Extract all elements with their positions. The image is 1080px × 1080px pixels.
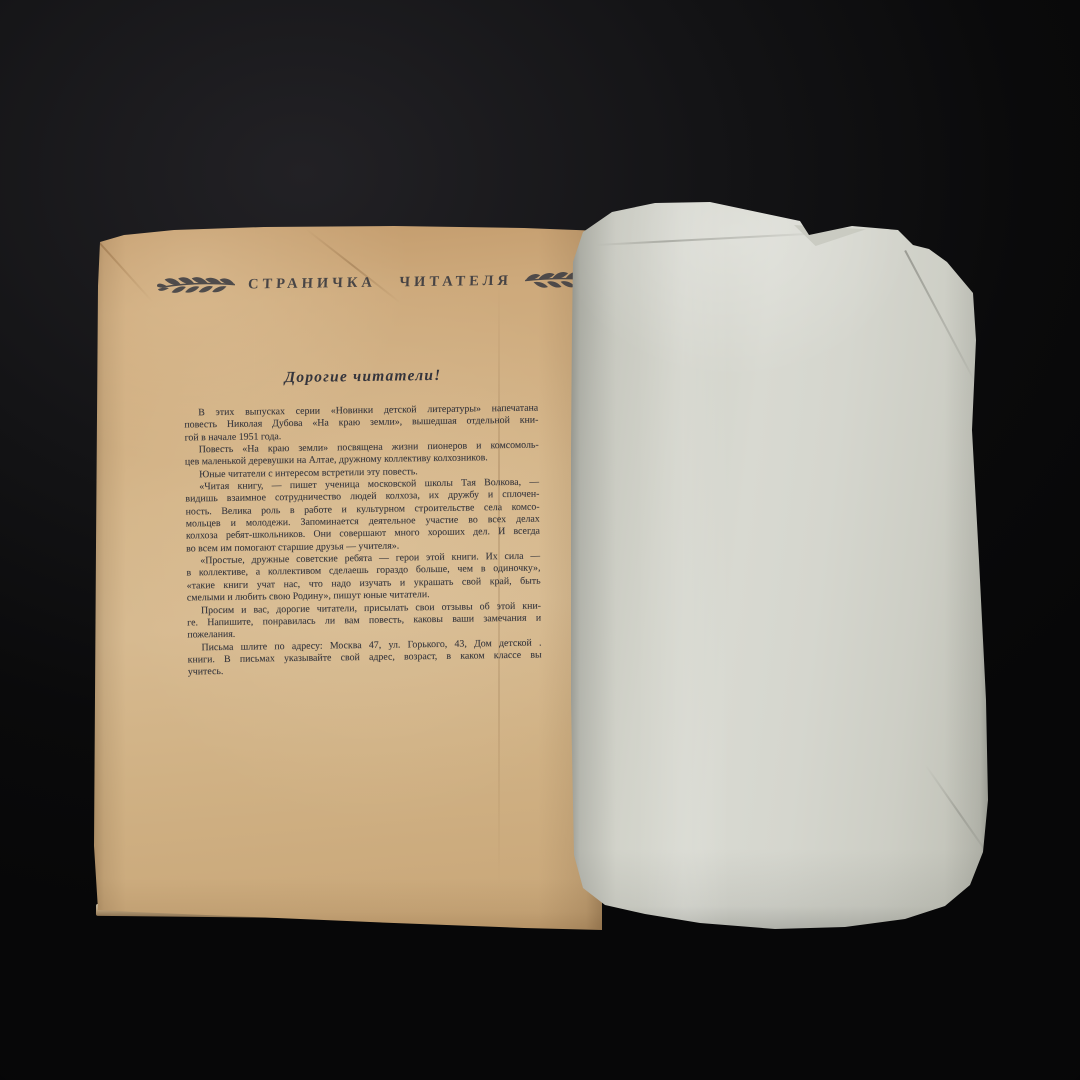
paragraph: «Читая книгу, — пишет ученица московской… (185, 477, 540, 556)
laurel-ornament-icon (152, 274, 240, 297)
paper-crease (924, 764, 994, 863)
paragraph: «Простые, дружные советские ребята — гер… (186, 551, 541, 605)
left-book-page: СТРАНИЧКА ЧИТАТЕЛЯ Дорогие (94, 226, 602, 930)
letter-paragraphs: В этих выпусках серии «Новинки детской л… (184, 403, 542, 679)
page-header: СТРАНИЧКА ЧИТАТЕЛЯ (152, 267, 550, 299)
page-title: СТРАНИЧКА ЧИТАТЕЛЯ (248, 272, 513, 293)
page-curl-highlight (636, 198, 731, 932)
paragraph: Письма шлите по адресу: Москва 47, ул. Г… (187, 637, 541, 679)
paragraph: Просим и вас, дорогие читатели, присылат… (187, 600, 541, 642)
letter-salutation: Дорогие читатели! (186, 366, 540, 389)
paper-crease (904, 250, 976, 383)
right-book-page-blank (566, 198, 990, 932)
paragraph: Повесть «На краю земли» посвящена жизни … (185, 440, 539, 470)
torn-corner-flap (794, 218, 866, 246)
paragraph: В этих выпусках серии «Новинки детской л… (184, 403, 538, 445)
corner-crease (95, 238, 153, 302)
book-photo: СТРАНИЧКА ЧИТАТЕЛЯ Дорогие (0, 0, 1080, 1080)
